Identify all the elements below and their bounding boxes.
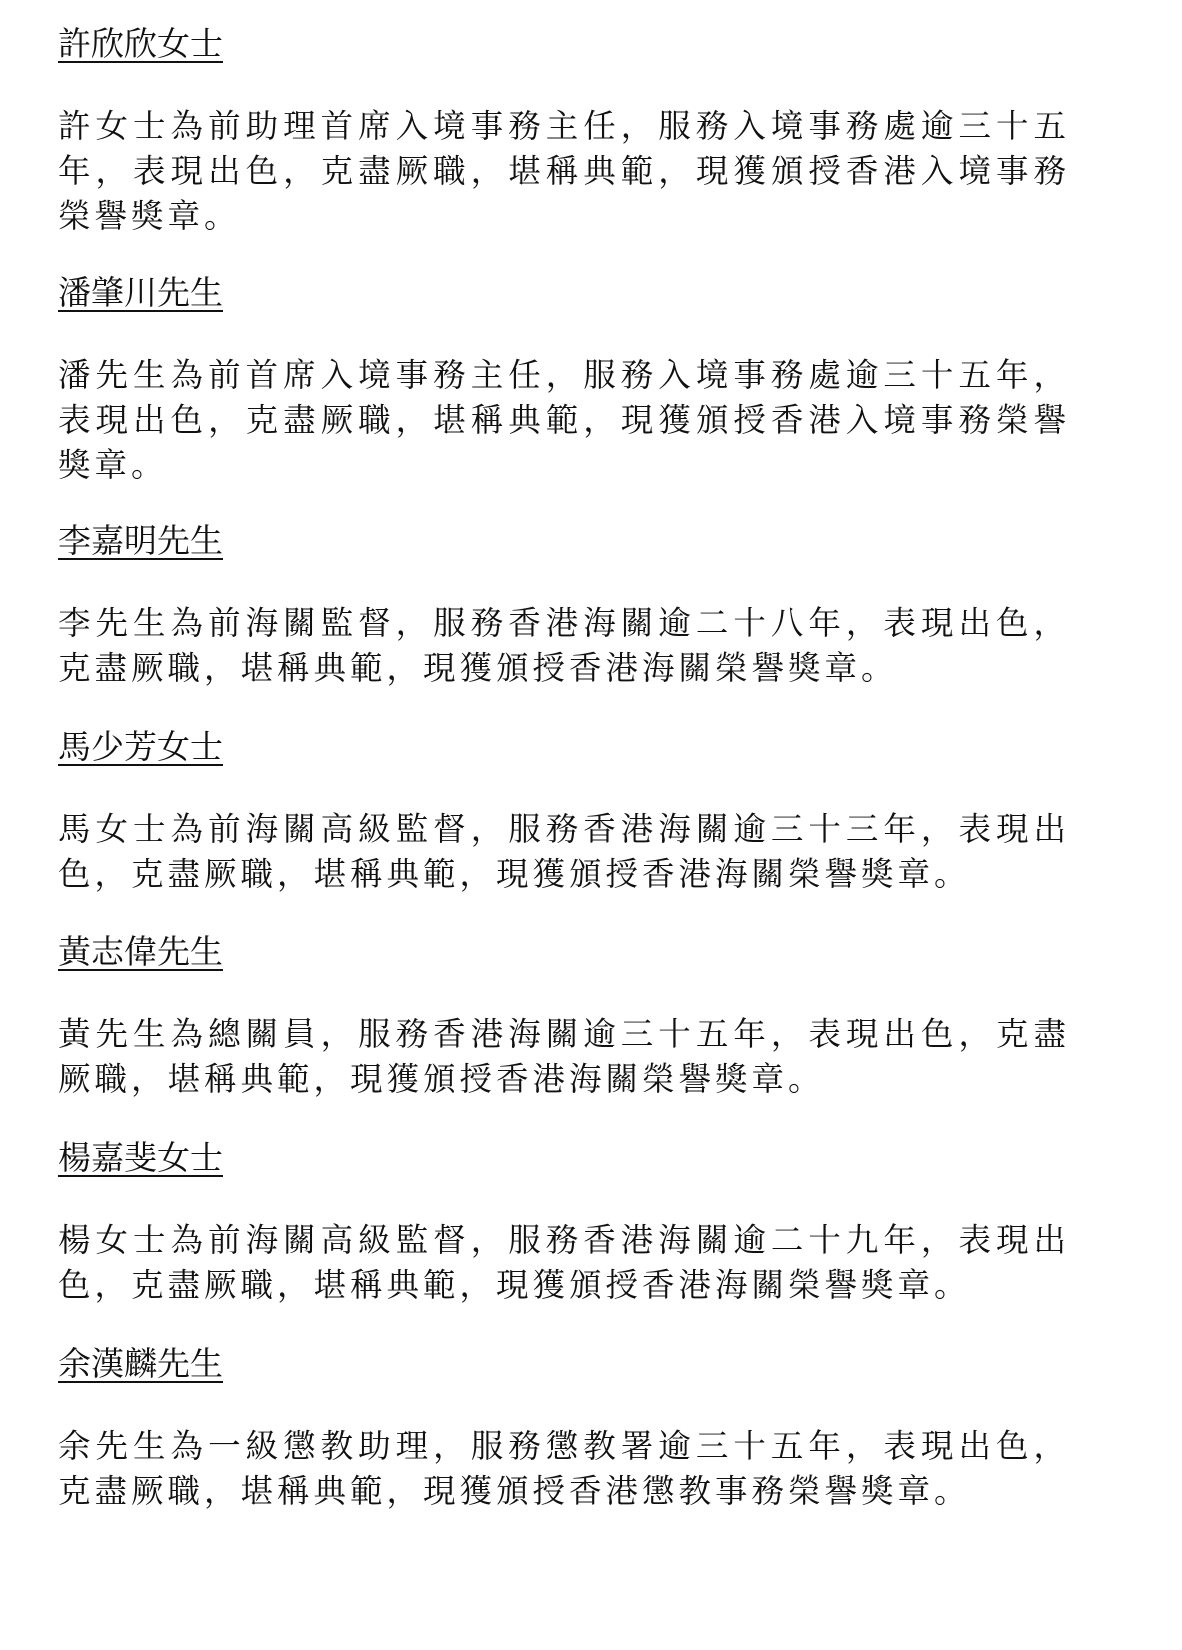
awardee-entry: 余漢麟先生 余先生為一級懲教助理，服務懲教署逾三十五年，表現出色，克盡厥職，堪稱… xyxy=(58,1342,1070,1386)
awardee-description: 楊女士為前海關高級監督，服務香港海關逾二十九年，表現出色，克盡厥職，堪稱典範，現… xyxy=(58,1218,1070,1308)
awardee-name: 楊嘉斐女士 xyxy=(58,1136,223,1180)
awardee-name: 黃志偉先生 xyxy=(58,930,223,974)
awardee-entry: 馬少芳女士 馬女士為前海關高級監督，服務香港海關逾三十三年，表現出色，克盡厥職，… xyxy=(58,725,1070,769)
awardee-entry: 李嘉明先生 李先生為前海關監督，服務香港海關逾二十八年，表現出色，克盡厥職，堪稱… xyxy=(58,519,1070,563)
awardee-description: 馬女士為前海關高級監督，服務香港海關逾三十三年，表現出色，克盡厥職，堪稱典範，現… xyxy=(58,807,1070,897)
awardee-name: 馬少芳女士 xyxy=(58,725,223,769)
awardee-name: 許欣欣女士 xyxy=(58,22,223,66)
awardee-description: 余先生為一級懲教助理，服務懲教署逾三十五年，表現出色，克盡厥職，堪稱典範，現獲頒… xyxy=(58,1424,1070,1514)
awardee-entry: 潘肇川先生 潘先生為前首席入境事務主任，服務入境事務處逾三十五年，表現出色，克盡… xyxy=(58,271,1070,315)
awardee-entry: 許欣欣女士 許女士為前助理首席入境事務主任，服務入境事務處逾三十五年，表現出色，… xyxy=(58,22,1070,66)
awardee-description: 李先生為前海關監督，服務香港海關逾二十八年，表現出色，克盡厥職，堪稱典範，現獲頒… xyxy=(58,601,1070,691)
awardee-name: 余漢麟先生 xyxy=(58,1342,223,1386)
awardee-description: 許女士為前助理首席入境事務主任，服務入境事務處逾三十五年，表現出色，克盡厥職，堪… xyxy=(58,104,1070,239)
awardee-description: 黃先生為總關員，服務香港海關逾三十五年，表現出色，克盡厥職，堪稱典範，現獲頒授香… xyxy=(58,1012,1070,1102)
awardee-entry: 楊嘉斐女士 楊女士為前海關高級監督，服務香港海關逾二十九年，表現出色，克盡厥職，… xyxy=(58,1136,1070,1180)
awardee-name: 李嘉明先生 xyxy=(58,519,223,563)
awardee-entry: 黃志偉先生 黃先生為總關員，服務香港海關逾三十五年，表現出色，克盡厥職，堪稱典範… xyxy=(58,930,1070,974)
awardee-description: 潘先生為前首席入境事務主任，服務入境事務處逾三十五年，表現出色，克盡厥職，堪稱典… xyxy=(58,353,1070,488)
awardee-name: 潘肇川先生 xyxy=(58,271,223,315)
